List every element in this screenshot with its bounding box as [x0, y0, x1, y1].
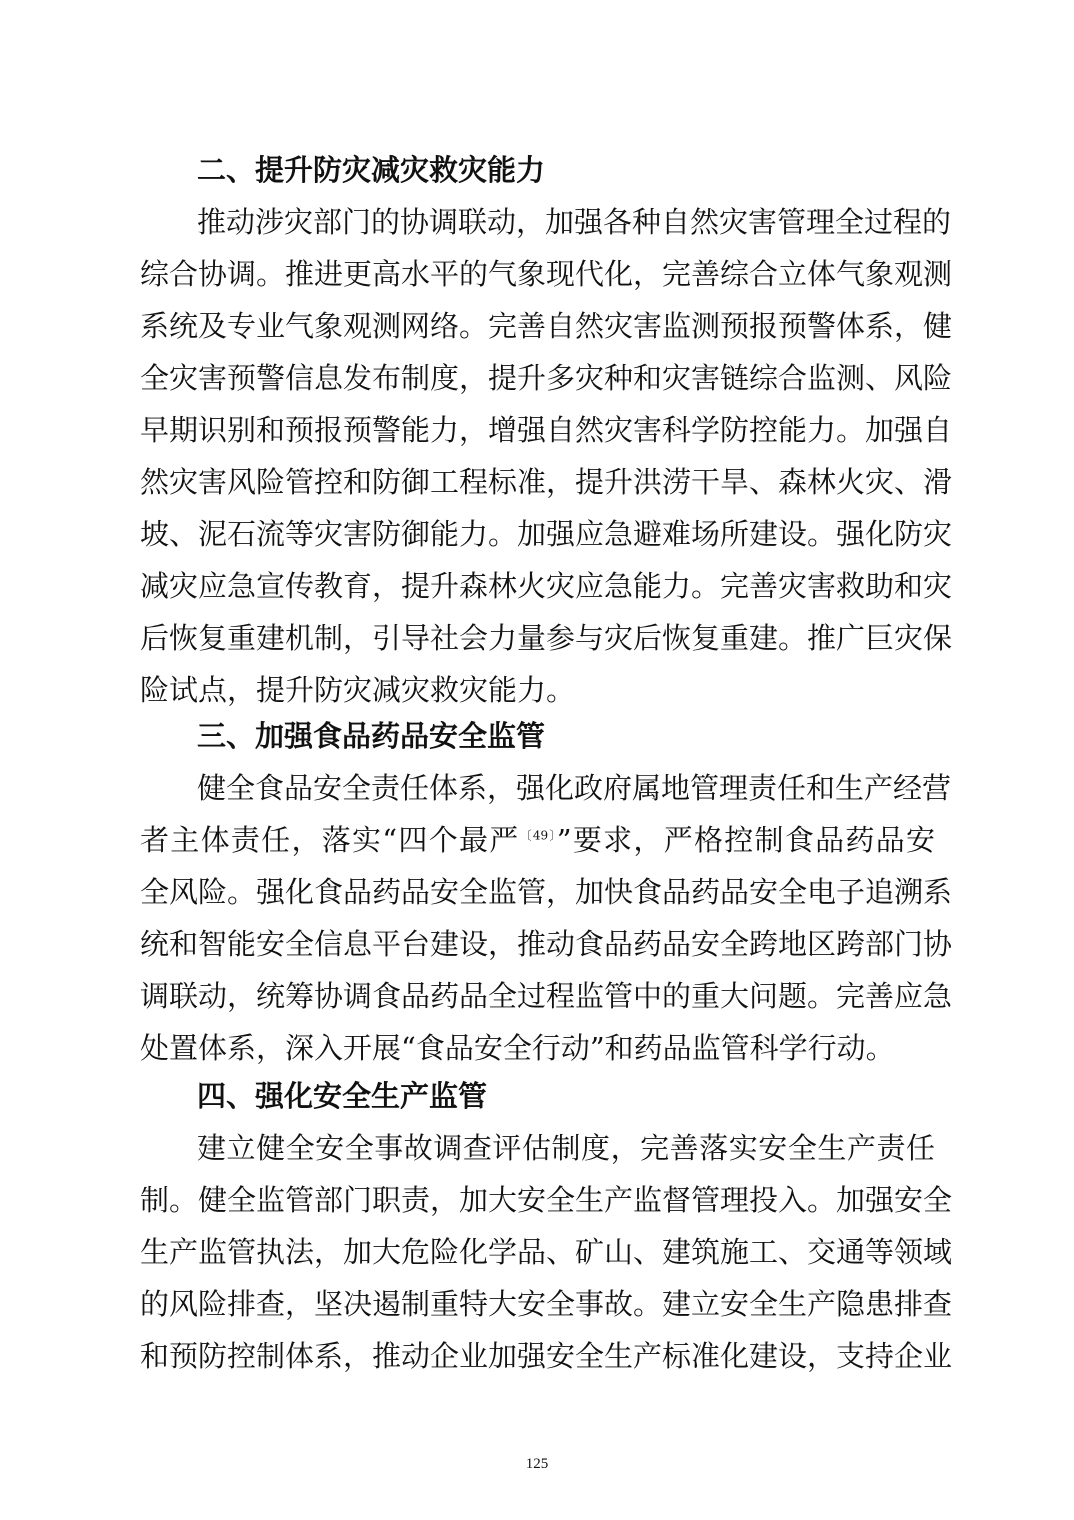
section-heading: 四、强化安全生产监管	[197, 1076, 487, 1116]
paragraph-line: 综合协调。推进更高水平的气象现代化，完善综合立体气象观测	[140, 254, 935, 294]
footnote-reference: 〔49〕	[520, 828, 557, 842]
paragraph-line: 减灾应急宣传教育，提升森林火灾应急能力。完善灾害救助和灾	[140, 566, 935, 606]
paragraph-line: 坡、泥石流等灾害防御能力。加强应急避难场所建设。强化防灾	[140, 514, 935, 554]
paragraph-line: 后恢复重建机制，引导社会力量参与灾后恢复重建。推广巨灾保	[140, 618, 935, 658]
paragraph-line: 健全食品安全责任体系，强化政府属地管理责任和生产经营	[197, 768, 935, 808]
paragraph-line: 推动涉灾部门的协调联动，加强各种自然灾害管理全过程的	[197, 202, 935, 242]
paragraph-line: 建立健全安全事故调查评估制度，完善落实安全生产责任	[197, 1128, 935, 1168]
line-text: ”要求，严格控制食品药品安	[557, 823, 935, 857]
paragraph-line: 调联动，统筹协调食品药品全过程监管中的重大问题。完善应急	[140, 976, 935, 1016]
paragraph-line: 制。健全监管部门职责，加大安全生产监督管理投入。加强安全	[140, 1180, 935, 1220]
section-heading: 三、加强食品药品安全监管	[197, 716, 545, 756]
paragraph-line: 全灾害预警信息发布制度，提升多灾种和灾害链综合监测、风险	[140, 358, 935, 398]
paragraph-line: 统和智能安全信息平台建设，推动食品药品安全跨地区跨部门协	[140, 924, 935, 964]
paragraph-line: 生产监管执法，加大危险化学品、矿山、建筑施工、交通等领域	[140, 1232, 935, 1272]
paragraph-line: 系统及专业气象观测网络。完善自然灾害监测预报预警体系，健	[140, 306, 935, 346]
paragraph-line: 险试点，提升防灾减灾救灾能力。	[140, 670, 935, 710]
line-text: 者主体责任，落实“四个最严	[140, 823, 520, 857]
paragraph-line: 然灾害风险管控和防御工程标准，提升洪涝干旱、森林火灾、滑	[140, 462, 935, 502]
section-heading: 二、提升防灾减灾救灾能力	[197, 150, 545, 190]
paragraph-line: 的风险排查，坚决遏制重特大安全事故。建立安全生产隐患排查	[140, 1284, 935, 1324]
document-page: 二、提升防灾减灾救灾能力 推动涉灾部门的协调联动，加强各种自然灾害管理全过程的 …	[0, 0, 1074, 1520]
paragraph-line-with-footnote: 者主体责任，落实“四个最严〔49〕”要求，严格控制食品药品安	[140, 820, 935, 860]
paragraph-line: 全风险。强化食品药品安全监管，加快食品药品安全电子追溯系	[140, 872, 935, 912]
page-number: 125	[0, 1456, 1074, 1473]
paragraph-line: 早期识别和预报预警能力，增强自然灾害科学防控能力。加强自	[140, 410, 935, 450]
paragraph-line: 和预防控制体系，推动企业加强安全生产标准化建设，支持企业	[140, 1336, 935, 1376]
paragraph-line: 处置体系，深入开展“食品安全行动”和药品监管科学行动。	[140, 1028, 935, 1068]
